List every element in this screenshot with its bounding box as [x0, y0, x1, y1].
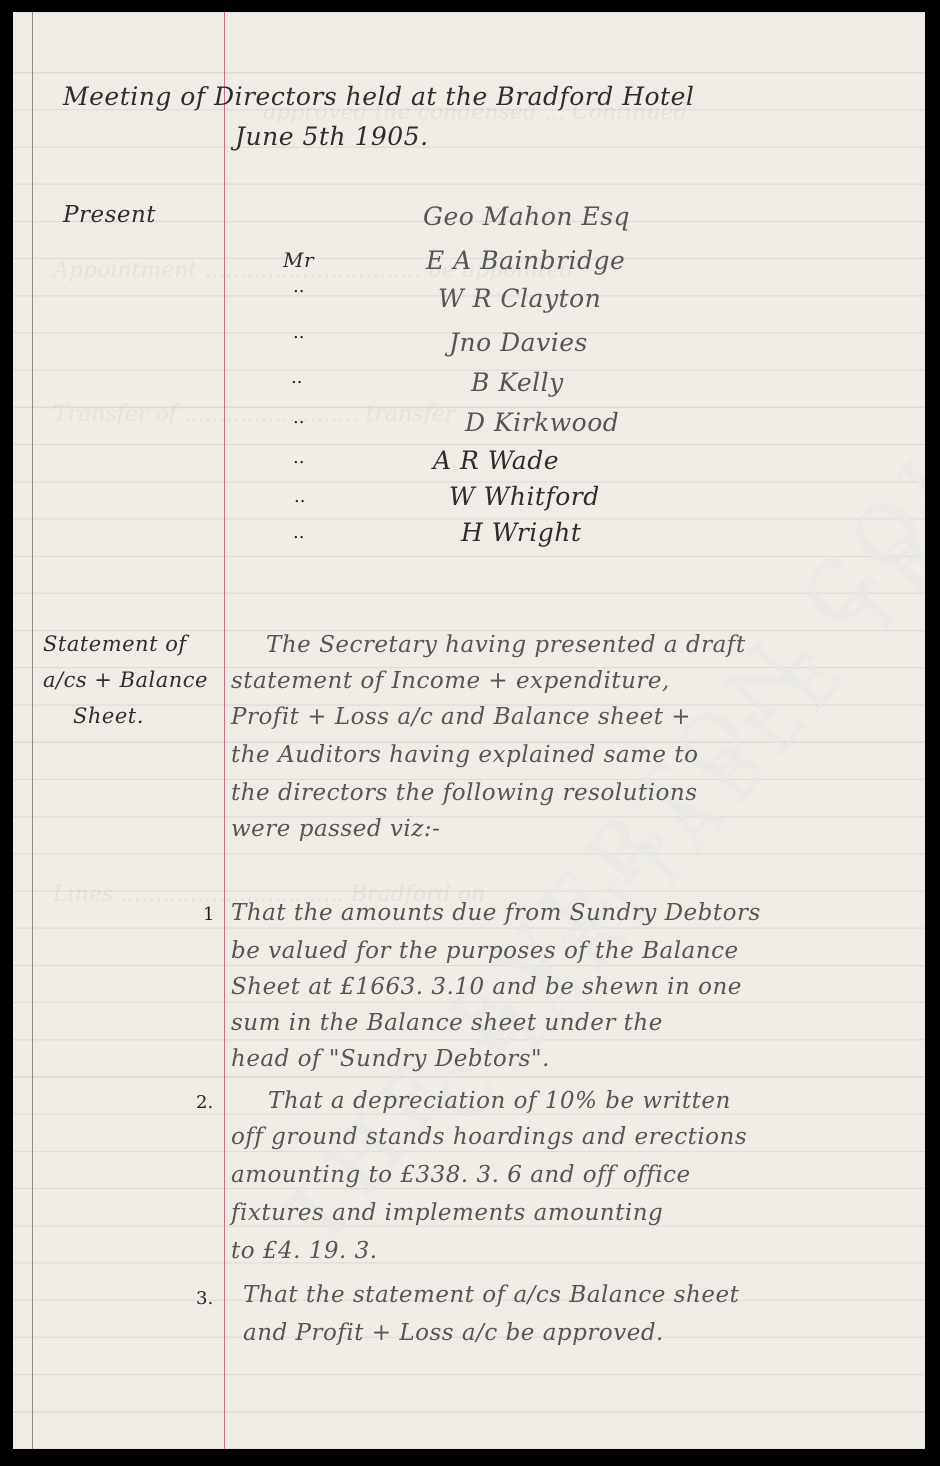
resolution-line: and Profit + Loss a/c be approved.	[243, 1320, 664, 1346]
resolution-line: Sheet at £1663. 3.10 and be shewn in one	[231, 974, 742, 1000]
resolution-line: to £4. 19. 3.	[231, 1238, 378, 1264]
resolution-line: That the amounts due from Sundry Debtors	[231, 900, 761, 926]
present-member: W Whitford	[449, 482, 600, 511]
margin-heading: Sheet.	[73, 704, 144, 728]
resolution-line: sum in the Balance sheet under the	[231, 1010, 663, 1036]
resolution-line: fixtures and implements amounting	[231, 1200, 663, 1226]
resolution-line: That a depreciation of 10% be written	[268, 1088, 731, 1114]
present-member: A R Wade	[433, 446, 559, 475]
bleed-through-text: Transfer of ......................... tr…	[53, 402, 455, 427]
ditto-mark: ..	[293, 522, 304, 543]
margin-heading: a/cs + Balance	[43, 668, 208, 692]
resolution-number: 2.	[196, 1092, 213, 1113]
title-prefix-mr: Mr	[283, 248, 314, 272]
resolution-line: That the statement of a/cs Balance sheet	[243, 1282, 739, 1308]
present-member: E A Bainbridge	[426, 246, 625, 275]
margin-heading: Statement of	[43, 632, 187, 656]
resolution-number: 3.	[196, 1288, 213, 1309]
ditto-mark: ..	[293, 447, 304, 468]
page-edge-rule	[32, 12, 33, 1449]
ditto-mark: ..	[291, 367, 302, 388]
resolution-line: be valued for the purposes of the Balanc…	[231, 938, 739, 964]
ditto-mark: ..	[293, 276, 304, 297]
present-label: Present	[63, 202, 156, 228]
red-margin-rule	[224, 12, 225, 1449]
ditto-mark: ..	[293, 407, 304, 428]
body-line: were passed viz:-	[231, 816, 440, 842]
body-line: statement of Income + expenditure,	[231, 668, 670, 694]
resolution-line: head of "Sundry Debtors".	[231, 1046, 550, 1072]
body-line: the directors the following resolutions	[231, 780, 698, 806]
ditto-mark: ..	[294, 486, 305, 507]
present-chair: Geo Mahon Esq	[423, 202, 630, 231]
meeting-heading: Meeting of Directors held at the Bradfor…	[63, 82, 694, 111]
ditto-mark: ..	[293, 322, 304, 343]
resolution-line: amounting to £338. 3. 6 and off office	[231, 1162, 691, 1188]
present-member: Jno Davies	[449, 328, 588, 357]
body-line: The Secretary having presented a draft	[266, 632, 746, 658]
body-line: Profit + Loss a/c and Balance sheet +	[231, 704, 691, 730]
body-line: the Auditors having explained same to	[231, 742, 698, 768]
resolution-line: off ground stands hoardings and erection…	[231, 1124, 747, 1150]
present-member: B Kelly	[471, 368, 564, 397]
present-member: D Kirkwood	[465, 408, 619, 437]
present-member: W R Clayton	[438, 284, 601, 313]
minute-book-page: approved the condensed ... Continued App…	[13, 12, 925, 1449]
meeting-date: June 5th 1905.	[235, 122, 429, 151]
resolution-number: 1	[203, 904, 214, 925]
present-member: H Wright	[461, 518, 581, 547]
